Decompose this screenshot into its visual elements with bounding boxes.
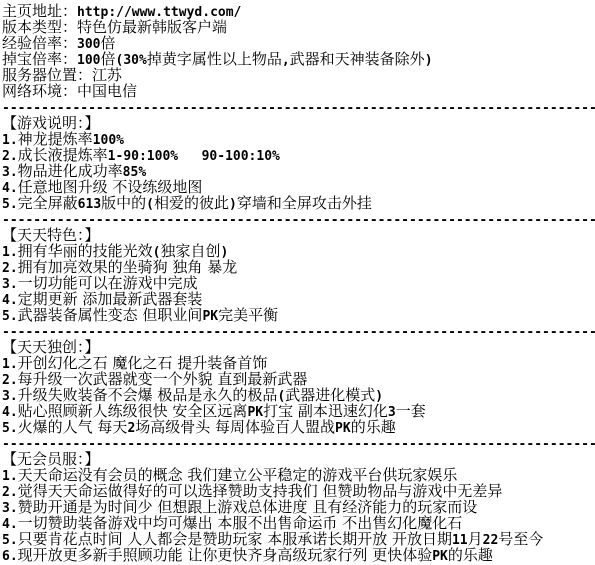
dashed-separator: ----------------------------------------… xyxy=(2,99,595,115)
section-server-originals: 【天天独创：】 1.开创幻化之石 魔化之石 提升装备首饰 2.每升级一次武器就变… xyxy=(2,339,595,435)
info-label: 经验倍率： xyxy=(2,35,77,51)
list-item: 2.觉得天天命运做得好的可以选择赞助支持我们 但赞助物品与游戏中无差异 xyxy=(2,483,595,499)
list-item: 3.物品进化成功率85% xyxy=(2,163,595,179)
list-item-text: 5.只要肯花点时间 人人都会是赞助玩家 本服承诺长期开放 开放日期11月22号至… xyxy=(2,531,543,547)
homepage-url: http://www.ttwyd.com/ xyxy=(77,3,241,19)
info-label: 服务器位置： xyxy=(2,67,92,83)
info-label: 版本类型： xyxy=(2,19,77,35)
info-value: 特色仿最新韩版客户端 xyxy=(77,19,227,35)
list-item-text: 5.武器装备属性变态 但职业间PK完美平衡 xyxy=(2,307,278,323)
list-item: 5.只要肯花点时间 人人都会是赞助玩家 本服承诺长期开放 开放日期11月22号至… xyxy=(2,531,595,547)
list-item: 3.升级失败装备不会爆 极品是永久的极品(武器进化模式) xyxy=(2,387,595,403)
section-title-text: 【天天特色：】 xyxy=(2,227,100,243)
list-item: 5.完全屏蔽613版中的(相爱的彼此)穿墙和全屏攻击外挂 xyxy=(2,195,595,211)
separator-text: ----------------------------------------… xyxy=(2,435,595,451)
section-title-text: 【游戏说明：】 xyxy=(2,115,100,131)
section-title: 【天天独创：】 xyxy=(2,339,595,355)
info-label: 掉宝倍率： xyxy=(2,51,77,67)
section-no-vip: 【无会员服：】 1.天天命运没有会员的概念 我们建立公平稳定的游戏平台供玩家娱乐… xyxy=(2,451,595,563)
list-item-text: 3.升级失败装备不会爆 极品是永久的极品(武器进化模式) xyxy=(2,387,383,403)
list-item: 4.贴心照顾新人练级很快 安全区远离PK打宝 副本迅速幻化3一套 xyxy=(2,403,595,419)
info-row-homepage: 主页地址：http://www.ttwyd.com/ xyxy=(2,3,595,19)
list-item-text: 2.每升级一次武器就变一个外貌 直到最新武器 xyxy=(2,371,307,387)
list-item-text: 1.拥有华丽的技能光效(独家自创) xyxy=(2,243,228,259)
list-item-text: 1.开创幻化之石 魔化之石 提升装备首饰 xyxy=(2,355,267,371)
list-item-text: 1.神龙提炼率100% xyxy=(2,131,124,147)
list-item: 4.定期更新 添加最新武器套装 xyxy=(2,291,595,307)
list-item: 3.赞助开通是为时间少 但想跟上游戏总体进度 且有经济能力的玩家而设 xyxy=(2,499,595,515)
list-item-text: 4.贴心照顾新人练级很快 安全区远离PK打宝 副本迅速幻化3一套 xyxy=(2,403,426,419)
list-item-text: 1.天天命运没有会员的概念 我们建立公平稳定的游戏平台供玩家娱乐 xyxy=(2,467,457,483)
dashed-separator: ----------------------------------------… xyxy=(2,435,595,451)
list-item-text: 4.定期更新 添加最新武器套装 xyxy=(2,291,202,307)
section-title-text: 【无会员服：】 xyxy=(2,451,100,467)
list-item: 6.现开放更多新手照顾功能 让你更快齐身高级玩家行列 更快体验PK的乐趣 xyxy=(2,547,595,563)
list-item-text: 2.拥有加亮效果的坐骑狗 独角 暴龙 xyxy=(2,259,237,275)
info-row-version: 版本类型：特色仿最新韩版客户端 xyxy=(2,19,595,35)
section-title: 【游戏说明：】 xyxy=(2,115,595,131)
separator-text: ----------------------------------------… xyxy=(2,323,595,339)
list-item: 1.开创幻化之石 魔化之石 提升装备首饰 xyxy=(2,355,595,371)
info-label: 网络环境： xyxy=(2,83,77,99)
info-row-network: 网络环境：中国电信 xyxy=(2,83,595,99)
dashed-separator: ----------------------------------------… xyxy=(2,323,595,339)
list-item-text: 4.一切赞助装备游戏中均可爆出 本服不出售命运币 不出售幻化魔化石 xyxy=(2,515,462,531)
section-title: 【无会员服：】 xyxy=(2,451,595,467)
list-item-text: 3.一切功能可以在游戏中完成 xyxy=(2,275,198,291)
list-item: 5.武器装备属性变态 但职业间PK完美平衡 xyxy=(2,307,595,323)
list-item: 2.成长液提炼率1-90:100% 90-100:10% xyxy=(2,147,595,163)
list-item: 4.任意地图升级 不设练级地图 xyxy=(2,179,595,195)
info-label: 主页地址： xyxy=(2,3,77,19)
list-item: 4.一切赞助装备游戏中均可爆出 本服不出售命运币 不出售幻化魔化石 xyxy=(2,515,595,531)
list-item-text: 5.火爆的人气 每天2场高级骨头 每周体验百人盟战PK的乐趣 xyxy=(2,419,396,435)
list-item: 1.拥有华丽的技能光效(独家自创) xyxy=(2,243,595,259)
section-game-notes: 【游戏说明：】 1.神龙提炼率100% 2.成长液提炼率1-90:100% 90… xyxy=(2,115,595,211)
section-title: 【天天特色：】 xyxy=(2,227,595,243)
info-value: 100倍(30%掉黄字属性以上物品,武器和天神装备除外) xyxy=(77,51,433,67)
list-item-text: 6.现开放更多新手照顾功能 让你更快齐身高级玩家行列 更快体验PK的乐趣 xyxy=(2,547,493,563)
list-item-text: 4.任意地图升级 不设练级地图 xyxy=(2,179,202,195)
section-title-text: 【天天独创：】 xyxy=(2,339,100,355)
server-description-document: 主页地址：http://www.ttwyd.com/ 版本类型：特色仿最新韩版客… xyxy=(0,0,595,563)
info-row-drop-rate: 掉宝倍率：100倍(30%掉黄字属性以上物品,武器和天神装备除外) xyxy=(2,51,595,67)
list-item-text: 2.成长液提炼率1-90:100% 90-100:10% xyxy=(2,147,280,163)
server-info-block: 主页地址：http://www.ttwyd.com/ 版本类型：特色仿最新韩版客… xyxy=(2,3,595,99)
dashed-separator: ----------------------------------------… xyxy=(2,211,595,227)
list-item-text: 2.觉得天天命运做得好的可以选择赞助支持我们 但赞助物品与游戏中无差异 xyxy=(2,483,502,499)
list-item: 1.天天命运没有会员的概念 我们建立公平稳定的游戏平台供玩家娱乐 xyxy=(2,467,595,483)
info-row-server-location: 服务器位置：江苏 xyxy=(2,67,595,83)
list-item-text: 5.完全屏蔽613版中的(相爱的彼此)穿墙和全屏攻击外挂 xyxy=(2,195,372,211)
list-item-text: 3.赞助开通是为时间少 但想跟上游戏总体进度 且有经济能力的玩家而设 xyxy=(2,499,477,515)
list-item: 3.一切功能可以在游戏中完成 xyxy=(2,275,595,291)
info-value: 300倍 xyxy=(77,35,116,51)
info-value: 江苏 xyxy=(92,67,122,83)
separator-text: ----------------------------------------… xyxy=(2,99,595,115)
list-item: 5.火爆的人气 每天2场高级骨头 每周体验百人盟战PK的乐趣 xyxy=(2,419,595,435)
separator-text: ----------------------------------------… xyxy=(2,211,595,227)
list-item: 1.神龙提炼率100% xyxy=(2,131,595,147)
list-item: 2.每升级一次武器就变一个外貌 直到最新武器 xyxy=(2,371,595,387)
list-item-text: 3.物品进化成功率85% xyxy=(2,163,146,179)
info-value: 中国电信 xyxy=(77,83,137,99)
list-item: 2.拥有加亮效果的坐骑狗 独角 暴龙 xyxy=(2,259,595,275)
section-server-features: 【天天特色：】 1.拥有华丽的技能光效(独家自创) 2.拥有加亮效果的坐骑狗 独… xyxy=(2,227,595,323)
info-row-exp-rate: 经验倍率：300倍 xyxy=(2,35,595,51)
